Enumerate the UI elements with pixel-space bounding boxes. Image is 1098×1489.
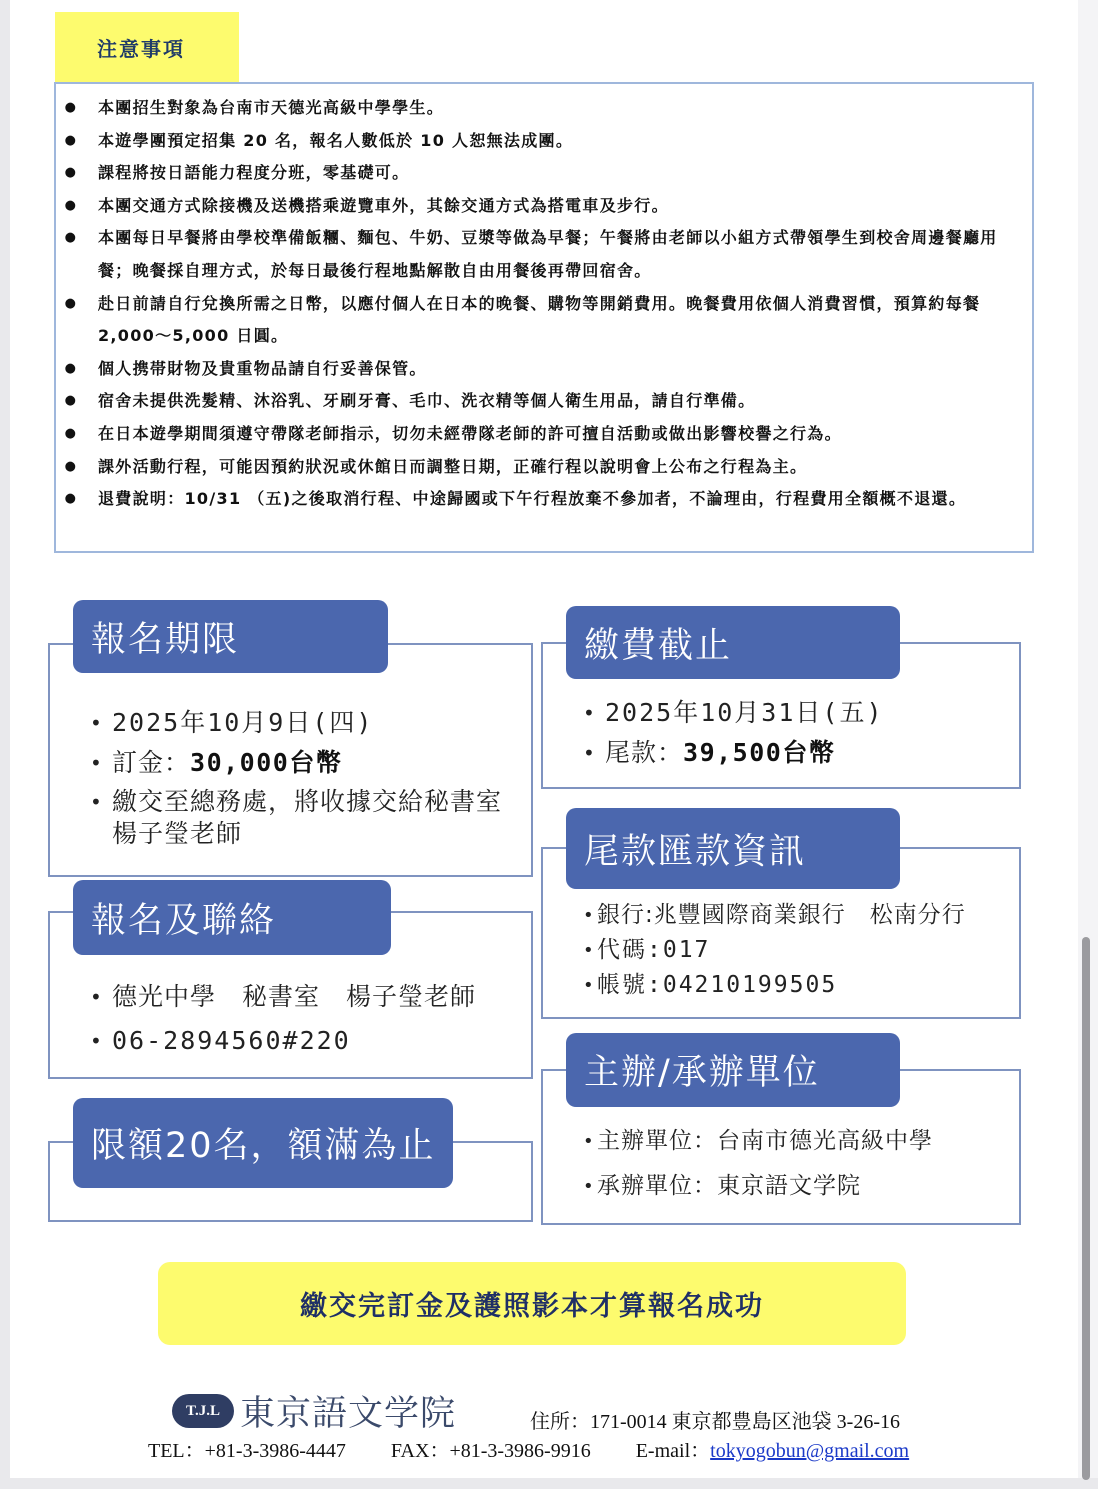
notice-text: 課程將按日語能力程度分班，零基礎可。	[98, 163, 409, 182]
notice-text: 宿舍未提供洗髮精、沐浴乳、牙刷牙膏、毛巾、洗衣精等個人衛生用品，請自行準備。	[98, 391, 755, 410]
bullet-icon: ●	[64, 288, 78, 321]
notice-text: 課外活動行程，可能因預約狀況或休館日而調整日期，正確行程以說明會上公布之行程為主…	[98, 457, 807, 476]
bullet-icon: •	[583, 736, 596, 770]
fax: FAX：+81-3-3986-9916	[391, 1440, 591, 1462]
bullet-icon: ●	[64, 125, 78, 158]
notice-heading: 注意事項	[55, 12, 239, 82]
school-logo: T.J.L 東京語文学院	[172, 1386, 456, 1436]
deposit-amount: 30,000台幣	[190, 748, 342, 777]
bank-line: •銀行:兆豐國際商業銀行 松南分行	[583, 898, 1013, 933]
email-label: E-mail：	[636, 1440, 710, 1462]
notice-item: ●本團交通方式除接機及送機搭乘遊覽車外，其餘交通方式為搭電車及步行。	[64, 190, 1016, 223]
organizers-list: •主辦單位：台南市德光高級中學 •承辦單位：東京語文学院	[583, 1124, 1013, 1204]
bullet-icon: •	[583, 1169, 595, 1204]
contact-person: •德光中學 秘書室 楊子瑩老師	[90, 980, 520, 1014]
registration-deadline-title: 報名期限	[73, 600, 388, 673]
notice-list: ●本團招生對象為台南市天德光高級中學學生。 ●本遊學團預定招集 20 名，報名人…	[54, 82, 1034, 553]
notice-text: 本遊學團預定招集 20 名，報名人數低於 10 人恕無法成團。	[98, 131, 573, 150]
account-text: 帳號:04210199505	[597, 972, 837, 998]
bullet-icon: •	[583, 696, 596, 730]
payment-deadline-list: •2025年10月31日(五) •尾款：39,500台幣	[583, 696, 1003, 770]
tjl-logo-icon: T.J.L	[172, 1394, 234, 1428]
notice-text: 個人携帯財物及貴重物品請自行妥善保管。	[98, 359, 427, 378]
bullet-icon: ●	[64, 451, 78, 484]
notice-item: ●宿舍未提供洗髮精、沐浴乳、牙刷牙膏、毛巾、洗衣精等個人衛生用品，請自行準備。	[64, 385, 1016, 418]
notice-item: ●在日本遊學期間須遵守帶隊老師指示，切勿未經帶隊老師的許可擅自活動或做出影響校譽…	[64, 418, 1016, 451]
registration-deadline-list: •2025年10月9日(四) •訂金：30,000台幣 •繳交至總務處，將收據交…	[90, 706, 510, 850]
balance-line: •尾款：39,500台幣	[583, 736, 1003, 770]
bullet-icon: ●	[64, 157, 78, 190]
bullet-icon: ●	[64, 222, 78, 255]
notice-text: 退費說明：10/31 （五)之後取消行程、中途歸國或下午行程放棄不參加者，不論理…	[98, 489, 966, 508]
contact-title: 報名及聯絡	[73, 880, 391, 955]
notice-item: ●退費說明：10/31 （五)之後取消行程、中途歸國或下午行程放棄不參加者，不論…	[64, 483, 1016, 516]
bullet-icon: ●	[64, 483, 78, 516]
notice-item: ●赴日前請自行兌換所需之日幣，以應付個人在日本的晚餐、購物等開銷費用。晚餐費用依…	[64, 288, 1016, 353]
payment-deadline-title: 繳費截止	[566, 606, 900, 679]
bullet-icon: •	[90, 980, 103, 1014]
payment-note-text: 繳交至總務處，將收據交給秘書室楊子瑩老師	[112, 787, 502, 848]
bullet-icon: ●	[64, 418, 78, 451]
bullet-icon: ●	[64, 353, 78, 386]
scrollbar-thumb[interactable]	[1082, 937, 1090, 1480]
balance-label: 尾款：	[605, 738, 683, 767]
host-line: •主辦單位：台南市德光高級中學	[583, 1124, 1013, 1159]
deposit-line: •訂金：30,000台幣	[90, 746, 510, 780]
notice-item: ●本團招生對象為台南市天德光高級中學學生。	[64, 92, 1016, 125]
balance-amount: 39,500台幣	[683, 738, 835, 767]
bank-code-text: 代碼:017	[597, 937, 710, 963]
notice-text: 赴日前請自行兌換所需之日幣，以應付個人在日本的晚餐、購物等開銷費用。晚餐費用依個…	[98, 294, 980, 346]
bullet-icon: ●	[64, 190, 78, 223]
payment-date: •2025年10月31日(五)	[583, 696, 1003, 730]
bullet-icon: ●	[64, 92, 78, 125]
deadline-date: •2025年10月9日(四)	[90, 706, 510, 740]
notice-item: ●本遊學團預定招集 20 名，報名人數低於 10 人恕無法成團。	[64, 125, 1016, 158]
bullet-icon: •	[90, 746, 103, 780]
deposit-label: 訂金：	[112, 748, 190, 777]
bullet-icon: ●	[64, 385, 78, 418]
bullet-icon: •	[583, 968, 595, 1003]
contact-phone: •06-2894560#220	[90, 1024, 520, 1058]
co-host-text: 承辦單位：東京語文学院	[597, 1173, 861, 1199]
bullet-icon: •	[583, 933, 595, 968]
email-link[interactable]: tokyogobun@gmail.com	[710, 1440, 909, 1462]
quota-title: 限額20名，額滿為止	[73, 1098, 453, 1188]
date-text: 2025年10月31日(五)	[605, 698, 884, 727]
notice-item: ●課外活動行程，可能因預約狀況或休館日而調整日期，正確行程以說明會上公布之行程為…	[64, 451, 1016, 484]
notice-text: 本團每日早餐將由學校準備飯糰、麵包、牛奶、豆漿等做為早餐；午餐將由老師以小組方式…	[98, 228, 998, 280]
bullet-icon: •	[90, 1024, 103, 1058]
notice-text: 本團交通方式除接機及送機搭乘遊覽車外，其餘交通方式為搭電車及步行。	[98, 196, 669, 215]
contact-person-text: 德光中學 秘書室 楊子瑩老師	[112, 982, 476, 1011]
bullet-icon: •	[90, 706, 103, 740]
notice-text: 在日本遊學期間須遵守帶隊老師指示，切勿未經帶隊老師的許可擅自活動或做出影響校譽之…	[98, 424, 842, 443]
host-text: 主辦單位：台南市德光高級中學	[597, 1128, 933, 1154]
contact-list: •德光中學 秘書室 楊子瑩老師 •06-2894560#220	[90, 980, 520, 1058]
school-address: 住所：171-0014 東京都豊島区池袋 3-26-16	[530, 1405, 900, 1434]
notice-item: ●本團每日早餐將由學校準備飯糰、麵包、牛奶、豆漿等做為早餐；午餐將由老師以小組方…	[64, 222, 1016, 287]
phone-text: 06-2894560#220	[112, 1026, 351, 1055]
notice-text: 本團招生對象為台南市天德光高級中學學生。	[98, 98, 444, 117]
payment-note: •繳交至總務處，將收據交給秘書室楊子瑩老師	[90, 786, 510, 850]
remittance-list: •銀行:兆豐國際商業銀行 松南分行 •代碼:017 •帳號:0421019950…	[583, 898, 1013, 1003]
bank-code-line: •代碼:017	[583, 933, 1013, 968]
school-name: 東京語文学院	[240, 1386, 456, 1436]
notice-item: ●課程將按日語能力程度分班，零基礎可。	[64, 157, 1016, 190]
account-line: •帳號:04210199505	[583, 968, 1013, 1003]
remittance-title: 尾款匯款資訊	[566, 808, 900, 889]
bullet-icon: •	[90, 786, 103, 818]
bullet-icon: •	[583, 1124, 595, 1159]
tel: TEL：+81-3-3986-4447	[148, 1440, 346, 1462]
registration-success-callout: 繳交完訂金及護照影本才算報名成功	[158, 1262, 906, 1345]
bullet-icon: •	[583, 898, 595, 933]
date-text: 2025年10月9日(四)	[112, 708, 373, 737]
co-host-line: •承辦單位：東京語文学院	[583, 1169, 1013, 1204]
school-contact: TEL：+81-3-3986-4447 FAX：+81-3-3986-9916 …	[148, 1434, 909, 1463]
notice-item: ●個人携帯財物及貴重物品請自行妥善保管。	[64, 353, 1016, 386]
organizers-title: 主辦/承辦單位	[566, 1033, 900, 1107]
bank-text: 銀行:兆豐國際商業銀行 松南分行	[597, 902, 966, 928]
